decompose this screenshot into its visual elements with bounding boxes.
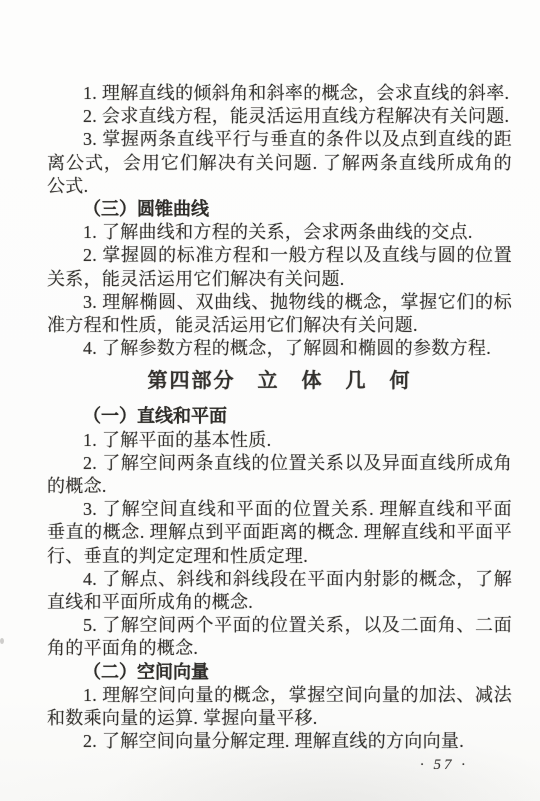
body-paragraph: 4. 了解点、斜线和斜线段在平面内射影的概念，了解直线和平面所成角的概念. bbox=[47, 568, 512, 614]
scanned-page: 1. 理解直线的倾斜角和斜率的概念，会求直线的斜率. 2. 会求直线方程，能灵活… bbox=[0, 0, 540, 801]
body-paragraph: 2. 了解空间两条直线的位置关系以及异面直线所成角的概念. bbox=[47, 452, 512, 498]
body-paragraph: 1. 了解曲线和方程的关系，会求两条曲线的交点. bbox=[47, 221, 512, 244]
body-paragraph: 4. 了解参数方程的概念，了解圆和椭圆的参数方程. bbox=[47, 337, 512, 360]
body-paragraph: 2. 了解空间向量分解定理. 理解直线的方向向量. bbox=[47, 730, 512, 753]
part-title: 第四部分 立 体 几 何 bbox=[47, 368, 512, 395]
body-paragraph: 1. 理解空间向量的概念，掌握空间向量的加法、减法和数乘向量的运算. 掌握向量平… bbox=[47, 684, 512, 730]
section-heading: （二）空间向量 bbox=[47, 661, 512, 684]
body-paragraph: 5. 了解空间两个平面的位置关系，以及二面角、二面角的平面角的概念. bbox=[47, 614, 512, 660]
body-paragraph: 3. 了解空间直线和平面的位置关系. 理解直线和平面垂直的概念. 理解点到平面距… bbox=[47, 498, 512, 568]
section-heading: （三）圆锥曲线 bbox=[47, 198, 512, 221]
page-text-column: 1. 理解直线的倾斜角和斜率的概念，会求直线的斜率. 2. 会求直线方程，能灵活… bbox=[47, 82, 512, 775]
body-paragraph: 1. 理解直线的倾斜角和斜率的概念，会求直线的斜率. bbox=[47, 82, 512, 105]
body-paragraph: 2. 掌握圆的标准方程和一般方程以及直线与圆的位置关系，能灵活运用它们解决有关问… bbox=[47, 244, 512, 290]
body-paragraph: 1. 了解平面的基本性质. bbox=[47, 429, 512, 452]
scan-noise-speck bbox=[0, 638, 4, 644]
page-number: · 57 · bbox=[47, 755, 512, 775]
body-paragraph: 3. 掌握两条直线平行与垂直的条件以及点到直线的距离公式，会用它们解决有关问题.… bbox=[47, 128, 512, 198]
section-heading: （一）直线和平面 bbox=[47, 405, 512, 428]
body-paragraph: 2. 会求直线方程，能灵活运用直线方程解决有关问题. bbox=[47, 105, 512, 128]
body-paragraph: 3. 理解椭圆、双曲线、抛物线的概念，掌握它们的标准方程和性质，能灵活运用它们解… bbox=[47, 291, 512, 337]
